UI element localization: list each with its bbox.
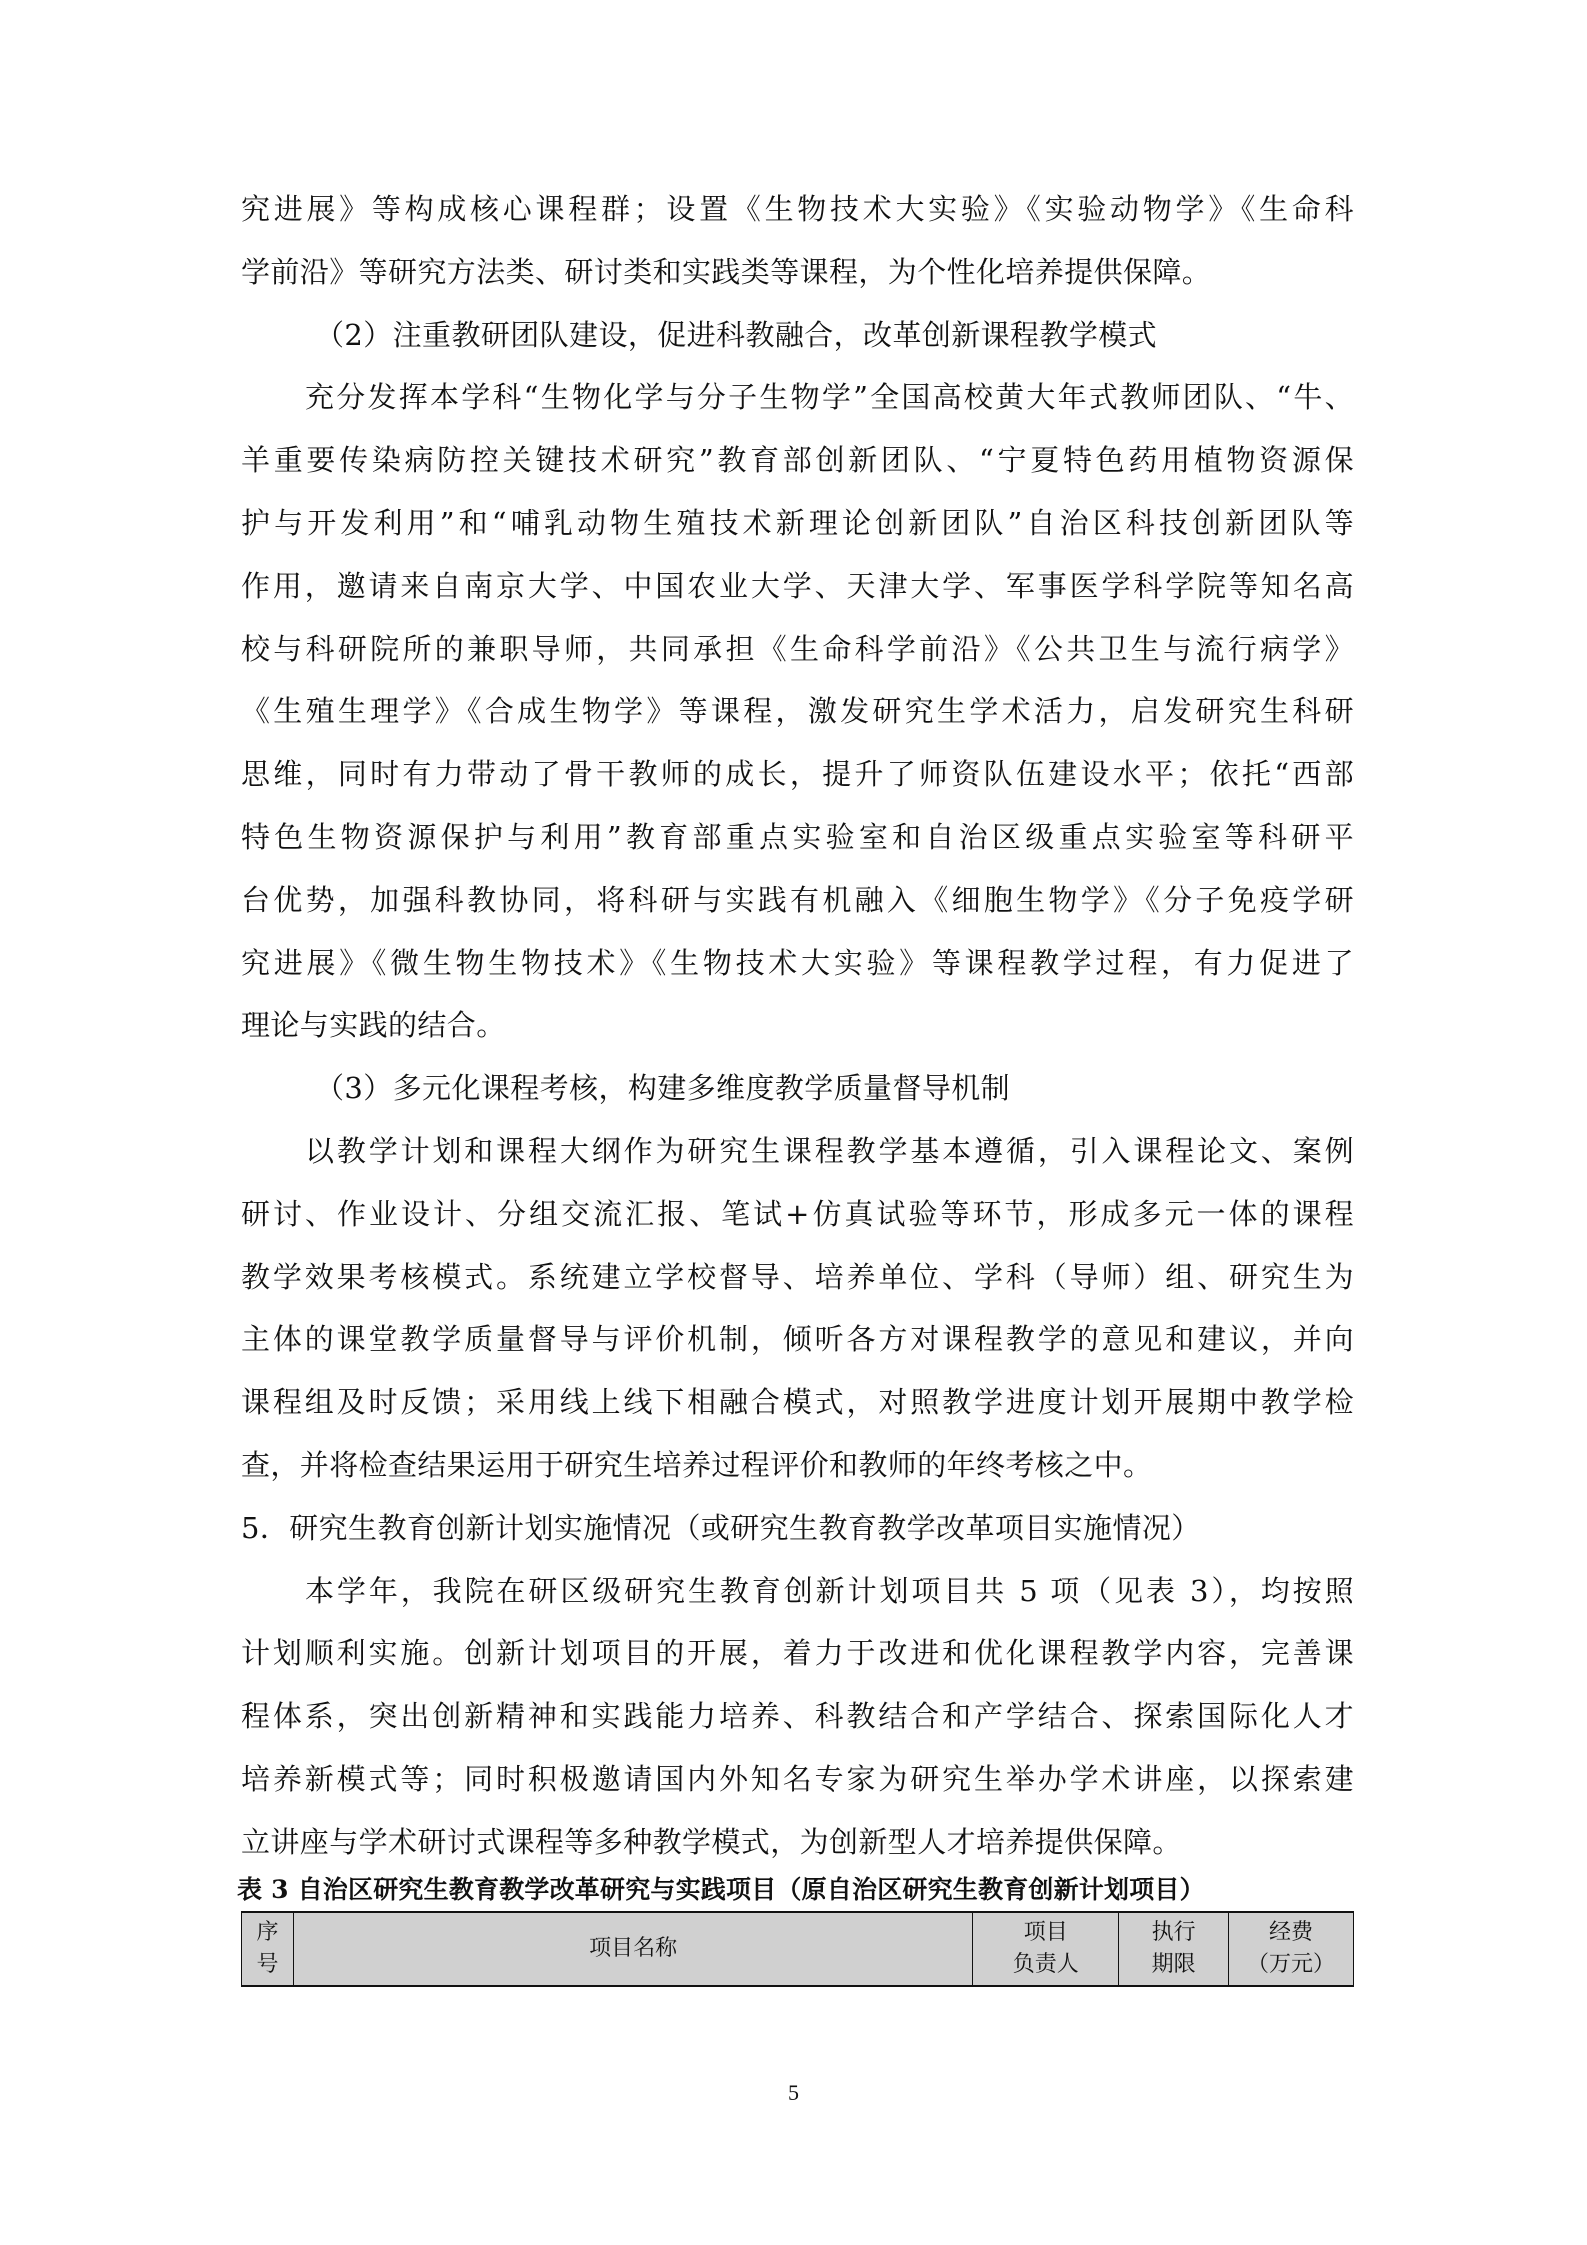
col-header-index-line1: 序 bbox=[242, 1917, 293, 1949]
col-header-period: 执行 期限 bbox=[1119, 1912, 1229, 1986]
text-line: 程体系，突出创新精神和实践能力培养、科教结合和产学结合、探索国际化人才 bbox=[241, 1685, 1354, 1748]
text-line: 主体的课堂教学质量督导与评价机制，倾听各方对课程教学的意见和建议，并向 bbox=[241, 1308, 1354, 1371]
col-header-period-line2: 期限 bbox=[1119, 1949, 1228, 1981]
col-header-index: 序 号 bbox=[242, 1912, 294, 1986]
col-header-leader-line1: 项目 bbox=[973, 1917, 1118, 1949]
body-text: 究进展》等构成核心课程群；设置《生物技术大实验》《实验动物学》《生命科学前沿》等… bbox=[241, 178, 1354, 1874]
text-line: 究进展》等构成核心课程群；设置《生物技术大实验》《实验动物学》《生命科 bbox=[241, 178, 1354, 241]
col-header-period-line1: 执行 bbox=[1119, 1917, 1228, 1949]
text-line: 羊重要传染病防控关键技术研究”教育部创新团队、“宁夏特色药用植物资源保 bbox=[241, 429, 1354, 492]
text-line: 本学年，我院在研区级研究生教育创新计划项目共 5 项（见表 3），均按照 bbox=[241, 1560, 1354, 1623]
page-number: 5 bbox=[0, 2080, 1587, 2106]
text-line: 教学效果考核模式。系统建立学校督导、培养单位、学科（导师）组、研究生为 bbox=[241, 1246, 1354, 1309]
text-line: 护与开发利用”和“哺乳动物生殖技术新理论创新团队”自治区科技创新团队等 bbox=[241, 492, 1354, 555]
text-line: 思维，同时有力带动了骨干教师的成长，提升了师资队伍建设水平；依托“西部 bbox=[241, 743, 1354, 806]
col-header-project-name: 项目名称 bbox=[293, 1912, 972, 1986]
text-line: 作用，邀请来自南京大学、中国农业大学、天津大学、军事医学科学院等知名高 bbox=[241, 555, 1354, 618]
text-line: （2）注重教研团队建设，促进科教融合，改革创新课程教学模式 bbox=[241, 304, 1354, 367]
text-line: 理论与实践的结合。 bbox=[241, 994, 1354, 1057]
text-line: 计划顺利实施。创新计划项目的开展，着力于改进和优化课程教学内容，完善课 bbox=[241, 1622, 1354, 1685]
text-line: 立讲座与学术研讨式课程等多种教学模式，为创新型人才培养提供保障。 bbox=[241, 1811, 1354, 1874]
text-line: 校与科研院所的兼职导师，共同承担《生命科学前沿》《公共卫生与流行病学》 bbox=[241, 618, 1354, 681]
text-line: 培养新模式等；同时积极邀请国内外知名专家为研究生举办学术讲座，以探索建 bbox=[241, 1748, 1354, 1811]
text-line: 充分发挥本学科“生物化学与分子生物学”全国高校黄大年式教师团队、“牛、 bbox=[241, 366, 1354, 429]
table-header-row: 序 号 项目名称 项目 负责人 执行 期限 经费 （万元） bbox=[242, 1912, 1354, 1986]
col-header-project-name-label: 项目名称 bbox=[294, 1933, 972, 1965]
col-header-index-line2: 号 bbox=[242, 1949, 293, 1981]
col-header-funding: 经费 （万元） bbox=[1229, 1912, 1354, 1986]
text-line: 《生殖生理学》《合成生物学》等课程，激发研究生学术活力，启发研究生科研 bbox=[241, 680, 1354, 743]
table-caption: 表 3 自治区研究生教育教学改革研究与实践项目（原自治区研究生教育创新计划项目） bbox=[237, 1873, 1357, 1907]
col-header-funding-line2: （万元） bbox=[1229, 1949, 1353, 1981]
col-header-leader-line2: 负责人 bbox=[973, 1949, 1118, 1981]
text-line: 5．研究生教育创新计划实施情况（或研究生教育教学改革项目实施情况） bbox=[241, 1497, 1354, 1560]
col-header-funding-line1: 经费 bbox=[1229, 1917, 1353, 1949]
text-line: 究进展》《微生物生物技术》《生物技术大实验》等课程教学过程，有力促进了 bbox=[241, 932, 1354, 995]
text-line: 研讨、作业设计、分组交流汇报、笔试+仿真试验等环节，形成多元一体的课程 bbox=[241, 1183, 1354, 1246]
text-line: 以教学计划和课程大纲作为研究生课程教学基本遵循，引入课程论文、案例 bbox=[241, 1120, 1354, 1183]
col-header-leader: 项目 负责人 bbox=[973, 1912, 1119, 1986]
text-line: 课程组及时反馈；采用线上线下相融合模式，对照教学进度计划开展期中教学检 bbox=[241, 1371, 1354, 1434]
text-line: 查，并将检查结果运用于研究生培养过程评价和教师的年终考核之中。 bbox=[241, 1434, 1354, 1497]
text-line: 台优势，加强科教协同，将科研与实践有机融入《细胞生物学》《分子免疫学研 bbox=[241, 869, 1354, 932]
projects-table: 序 号 项目名称 项目 负责人 执行 期限 经费 （万元） bbox=[241, 1911, 1354, 1987]
text-line: 学前沿》等研究方法类、研讨类和实践类等课程，为个性化培养提供保障。 bbox=[241, 241, 1354, 304]
text-line: （3）多元化课程考核，构建多维度教学质量督导机制 bbox=[241, 1057, 1354, 1120]
text-line: 特色生物资源保护与利用”教育部重点实验室和自治区级重点实验室等科研平 bbox=[241, 806, 1354, 869]
